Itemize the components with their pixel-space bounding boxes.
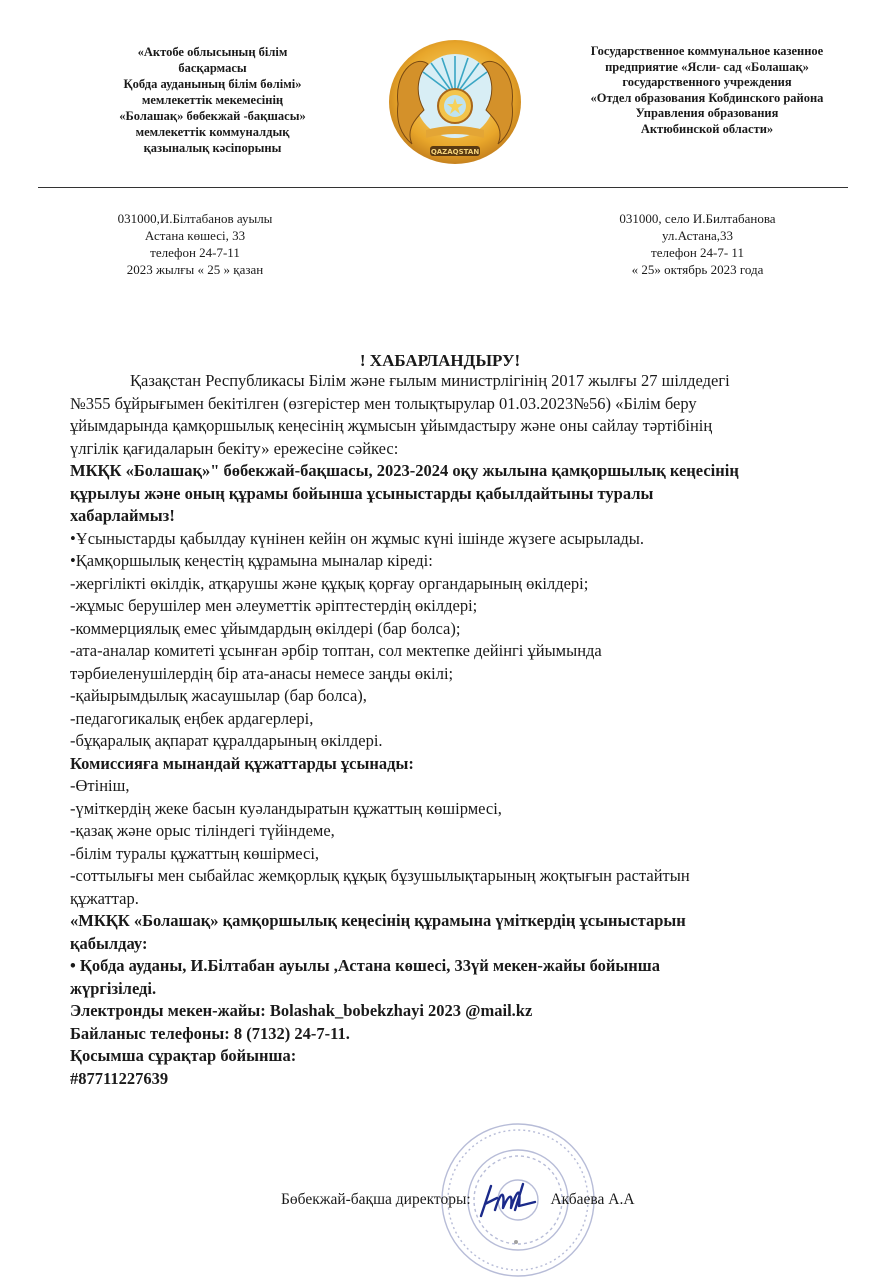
- address-left-line: 2023 жылғы « 25 » қазан: [95, 261, 295, 278]
- header-left-line: басқармасы: [95, 60, 330, 76]
- announcement-line: #87711227639: [70, 1068, 830, 1091]
- handwritten-signature-icon: [475, 1180, 541, 1220]
- announcement-line: -білім туралы құжаттың көшірмесі,: [70, 843, 830, 866]
- announcement-line: Байланыс телефоны: 8 (7132) 24-7-11.: [70, 1023, 830, 1046]
- announcement-body: Қазақстан Республикасы Білім және ғылым …: [70, 370, 830, 1090]
- header-org-kazakh: «Актобе облысының білім басқармасы Қобда…: [95, 44, 330, 156]
- announcement-line: -Өтініш,: [70, 775, 830, 798]
- announcement-line: Қосымша сұрақтар бойынша:: [70, 1045, 830, 1068]
- announcement-line: қабылдау:: [70, 933, 830, 956]
- kazakhstan-emblem-icon: QAZAQSTAN: [384, 34, 526, 174]
- address-right-line: « 25» октябрь 2023 года: [590, 261, 805, 278]
- director-name: Акбаева А.А: [550, 1191, 634, 1209]
- announcement-line: -үміткердің жеке басын куәландыратын құж…: [70, 798, 830, 821]
- header-divider: [38, 187, 848, 188]
- announcement-line: тәрбиеленушілердің бір ата-анасы немесе …: [70, 663, 830, 686]
- header-org-russian: Государственное коммунальное казенное пр…: [562, 44, 852, 137]
- signature-label: Бөбекжай-бақша директоры:: [281, 1191, 471, 1209]
- announcement-line: -соттылығы мен сыбайлас жемқорлық құқық …: [70, 865, 830, 888]
- address-left-line: телефон 24-7-11: [95, 244, 295, 261]
- header-left-line: Қобда ауданының білім бөлімі»: [95, 76, 330, 92]
- announcement-line: құрылуы және оның құрамы бойынша ұсыныст…: [70, 483, 830, 506]
- header-right-line: Актюбинской области»: [562, 122, 852, 138]
- header-left-line: мемлекеттік коммуналдық: [95, 124, 330, 140]
- announcement-line: Қазақстан Республикасы Білім және ғылым …: [70, 370, 830, 393]
- header-left-line: «Болашақ» бөбекжай -бақшасы»: [95, 108, 330, 124]
- signature-row: Бөбекжай-бақша директоры: Акбаева А.А: [281, 1180, 635, 1220]
- announcement-line: -жергілікті өкілдік, атқарушы және құқық…: [70, 573, 830, 596]
- header-right-line: «Отдел образования Кобдинского района: [562, 91, 852, 107]
- announcement-line: -қазақ және орыс тіліндегі түйіндеме,: [70, 820, 830, 843]
- header-left-line: қазыналық кәсіпорыны: [95, 140, 330, 156]
- announcement-line: •Қамқоршылық кеңестің құрамына мыналар к…: [70, 550, 830, 573]
- announcement-line: -бұқаралық ақпарат құралдарының өкілдері…: [70, 730, 830, 753]
- announcement-line: хабарлаймыз!: [70, 505, 830, 528]
- address-right-line: ул.Астана,33: [590, 227, 805, 244]
- header-left-line: «Актобе облысының білім: [95, 44, 330, 60]
- announcement-line: жүргізіледі.: [70, 978, 830, 1001]
- announcement-line: құжаттар.: [70, 888, 830, 911]
- header-right-line: Управления образования: [562, 106, 852, 122]
- announcement-title: ! ХАБАРЛАНДЫРУ!: [0, 351, 880, 371]
- header-left-line: мемлекеттік мекемесінің: [95, 92, 330, 108]
- announcement-line: Электронды мекен-жайы: Bolashak_bobekzha…: [70, 1000, 830, 1023]
- announcement-line: «МКҚК «Болашақ» қамқоршылық кеңесінің құ…: [70, 910, 830, 933]
- announcement-line: Комиссияға мынандай құжаттарды ұсынады:: [70, 753, 830, 776]
- header-right-line: государственного учреждения: [562, 75, 852, 91]
- announcement-line: МКҚК «Болашақ»" бөбекжай-бақшасы, 2023-2…: [70, 460, 830, 483]
- announcement-line: -педагогикалық еңбек ардагерлері,: [70, 708, 830, 731]
- announcement-line: •Ұсыныстарды қабылдау күнінен кейін он ж…: [70, 528, 830, 551]
- address-russian: 031000, село И.Билтабанова ул.Астана,33 …: [590, 210, 805, 278]
- announcement-line: -қайырымдылық жасаушылар (бар болса),: [70, 685, 830, 708]
- header-right-line: предприятие «Ясли- сад «Болашақ»: [562, 60, 852, 76]
- header-right-line: Государственное коммунальное казенное: [562, 44, 852, 60]
- address-left-line: 031000,И.Білтабанов ауылы: [95, 210, 295, 227]
- address-right-line: телефон 24-7- 11: [590, 244, 805, 261]
- announcement-line: -жұмыс берушілер мен әлеуметтік әріптест…: [70, 595, 830, 618]
- announcement-line: №355 бұйрығымен бекітілген (өзгерістер м…: [70, 393, 830, 416]
- announcement-line: -коммерциялық емес ұйымдардың өкілдері (…: [70, 618, 830, 641]
- announcement-line: ұйымдарында қамқоршылық кеңесінің жұмысы…: [70, 415, 830, 438]
- announcement-line: • Қобда ауданы, И.Білтабан ауылы ,Астана…: [70, 955, 830, 978]
- address-right-line: 031000, село И.Билтабанова: [590, 210, 805, 227]
- address-kazakh: 031000,И.Білтабанов ауылы Астана көшесі,…: [95, 210, 295, 278]
- announcement-line: үлгілік қағидаларын бекіту» ережесіне сә…: [70, 438, 830, 461]
- address-left-line: Астана көшесі, 33: [95, 227, 295, 244]
- announcement-line: -ата-аналар комитеті ұсынған әрбір топта…: [70, 640, 830, 663]
- emblem-text: QAZAQSTAN: [431, 148, 480, 156]
